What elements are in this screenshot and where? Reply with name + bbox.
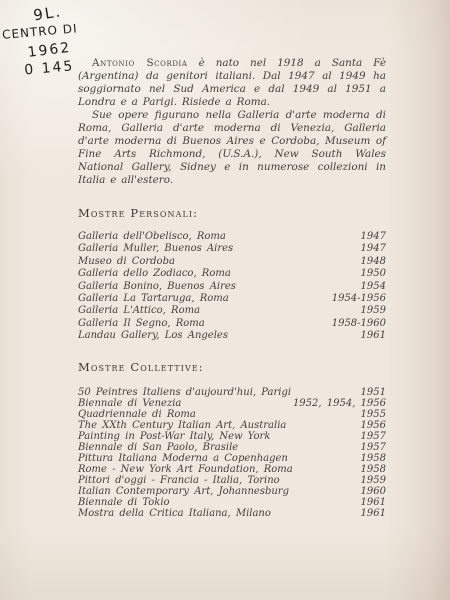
list-item: Galleria La Tartaruga, Roma1954-1956 bbox=[78, 293, 386, 305]
year: 1947 bbox=[353, 243, 386, 255]
list-item: Galleria Bonino, Buenos Aires1954 bbox=[78, 281, 386, 293]
list-item: Biennale di Tokio1961 bbox=[78, 497, 386, 508]
list-item: 50 Peintres Italiens d'aujourd'hui, Pari… bbox=[78, 387, 386, 398]
list-item: Biennale di San Paolo, Brasile1957 bbox=[78, 442, 386, 453]
venue: Galleria L'Attico, Roma bbox=[78, 305, 200, 317]
year: 1951 bbox=[353, 387, 386, 398]
venue: Galleria dell'Obelisco, Roma bbox=[78, 231, 226, 243]
bio-paragraph-2: Sue opere figurano nella Galleria d'arte… bbox=[78, 109, 386, 187]
printed-content: Antonio Scordia è nato nel 1918 a Santa … bbox=[78, 57, 386, 519]
list-item: Galleria L'Attico, Roma1959 bbox=[78, 305, 386, 317]
year: 1956 bbox=[353, 420, 386, 431]
venue: Rome - New York Art Foundation, Roma bbox=[78, 464, 293, 475]
year: 1959 bbox=[353, 305, 386, 317]
list-item: Galleria dell'Obelisco, Roma1947 bbox=[78, 231, 386, 243]
venue: Painting in Post-War Italy, New York bbox=[78, 431, 270, 442]
year: 1960 bbox=[353, 486, 386, 497]
year: 1958 bbox=[353, 464, 386, 475]
year: 1947 bbox=[353, 231, 386, 243]
year: 1957 bbox=[353, 431, 386, 442]
venue: Mostra della Critica Italiana, Milano bbox=[78, 508, 271, 519]
venue: Galleria Muller, Buenos Aires bbox=[78, 243, 233, 255]
group-shows-list: 50 Peintres Italiens d'aujourd'hui, Pari… bbox=[78, 387, 386, 519]
personal-shows-heading: Mostre Personali: bbox=[78, 206, 386, 220]
scanned-catalog-page: 9L. CENTRO DI 1962 0 145 Antonio Scordia… bbox=[0, 0, 450, 600]
list-item: Pittori d'oggi - Francia - Italia, Torin… bbox=[78, 475, 386, 486]
year: 1959 bbox=[353, 475, 386, 486]
list-item: Galleria dello Zodiaco, Roma1950 bbox=[78, 268, 386, 280]
year: 1954-1956 bbox=[324, 293, 386, 305]
year: 1961 bbox=[353, 508, 386, 519]
year: 1952, 1954, 1956 bbox=[285, 398, 386, 409]
venue: Galleria Bonino, Buenos Aires bbox=[78, 281, 236, 293]
venue: Museo di Cordoba bbox=[78, 256, 175, 268]
annotation-line-1: 9L. bbox=[32, 4, 63, 23]
list-item: Rome - New York Art Foundation, Roma1958 bbox=[78, 464, 386, 475]
bio-paragraph-1: Antonio Scordia è nato nel 1918 a Santa … bbox=[78, 57, 386, 109]
personal-shows-list: Galleria dell'Obelisco, Roma1947 Galleri… bbox=[78, 231, 386, 343]
year: 1961 bbox=[353, 330, 386, 342]
year: 1958 bbox=[353, 453, 386, 464]
venue: Biennale di San Paolo, Brasile bbox=[78, 442, 238, 453]
venue: The XXth Century Italian Art, Australia bbox=[78, 420, 286, 431]
year: 1957 bbox=[353, 442, 386, 453]
year: 1948 bbox=[353, 256, 386, 268]
list-item: Landau Gallery, Los Angeles1961 bbox=[78, 330, 386, 342]
venue: Pittura Italiana Moderna a Copenhagen bbox=[78, 453, 288, 464]
annotation-line-2: CENTRO DI bbox=[2, 22, 78, 41]
annotation-line-3: 1962 bbox=[27, 41, 72, 60]
venue: Galleria dello Zodiaco, Roma bbox=[78, 268, 231, 280]
year: 1955 bbox=[353, 409, 386, 420]
venue: Quadriennale di Roma bbox=[78, 409, 196, 420]
venue: Italian Contemporary Art, Johannesburg bbox=[78, 486, 289, 497]
list-item: Biennale di Venezia1952, 1954, 1956 bbox=[78, 398, 386, 409]
list-item: Galleria Il Segno, Roma1958-1960 bbox=[78, 318, 386, 330]
venue: Galleria Il Segno, Roma bbox=[78, 318, 205, 330]
venue: 50 Peintres Italiens d'aujourd'hui, Pari… bbox=[78, 387, 291, 398]
venue: Galleria La Tartaruga, Roma bbox=[78, 293, 229, 305]
artist-name: Antonio Scordia bbox=[92, 57, 188, 69]
list-item: The XXth Century Italian Art, Australia1… bbox=[78, 420, 386, 431]
venue: Biennale di Tokio bbox=[78, 497, 170, 508]
year: 1954 bbox=[353, 281, 386, 293]
list-item: Italian Contemporary Art, Johannesburg19… bbox=[78, 486, 386, 497]
venue: Biennale di Venezia bbox=[78, 398, 181, 409]
year: 1950 bbox=[353, 268, 386, 280]
annotation-line-4: 0 145 bbox=[24, 59, 75, 77]
list-item: Quadriennale di Roma1955 bbox=[78, 409, 386, 420]
list-item: Mostra della Critica Italiana, Milano196… bbox=[78, 508, 386, 519]
venue: Landau Gallery, Los Angeles bbox=[78, 330, 228, 342]
group-shows-heading: Mostre Collettive: bbox=[78, 360, 386, 374]
year: 1961 bbox=[353, 497, 386, 508]
venue: Pittori d'oggi - Francia - Italia, Torin… bbox=[78, 475, 280, 486]
list-item: Painting in Post-War Italy, New York1957 bbox=[78, 431, 386, 442]
list-item: Galleria Muller, Buenos Aires1947 bbox=[78, 243, 386, 255]
list-item: Pittura Italiana Moderna a Copenhagen195… bbox=[78, 453, 386, 464]
year: 1958-1960 bbox=[324, 318, 386, 330]
list-item: Museo di Cordoba1948 bbox=[78, 256, 386, 268]
